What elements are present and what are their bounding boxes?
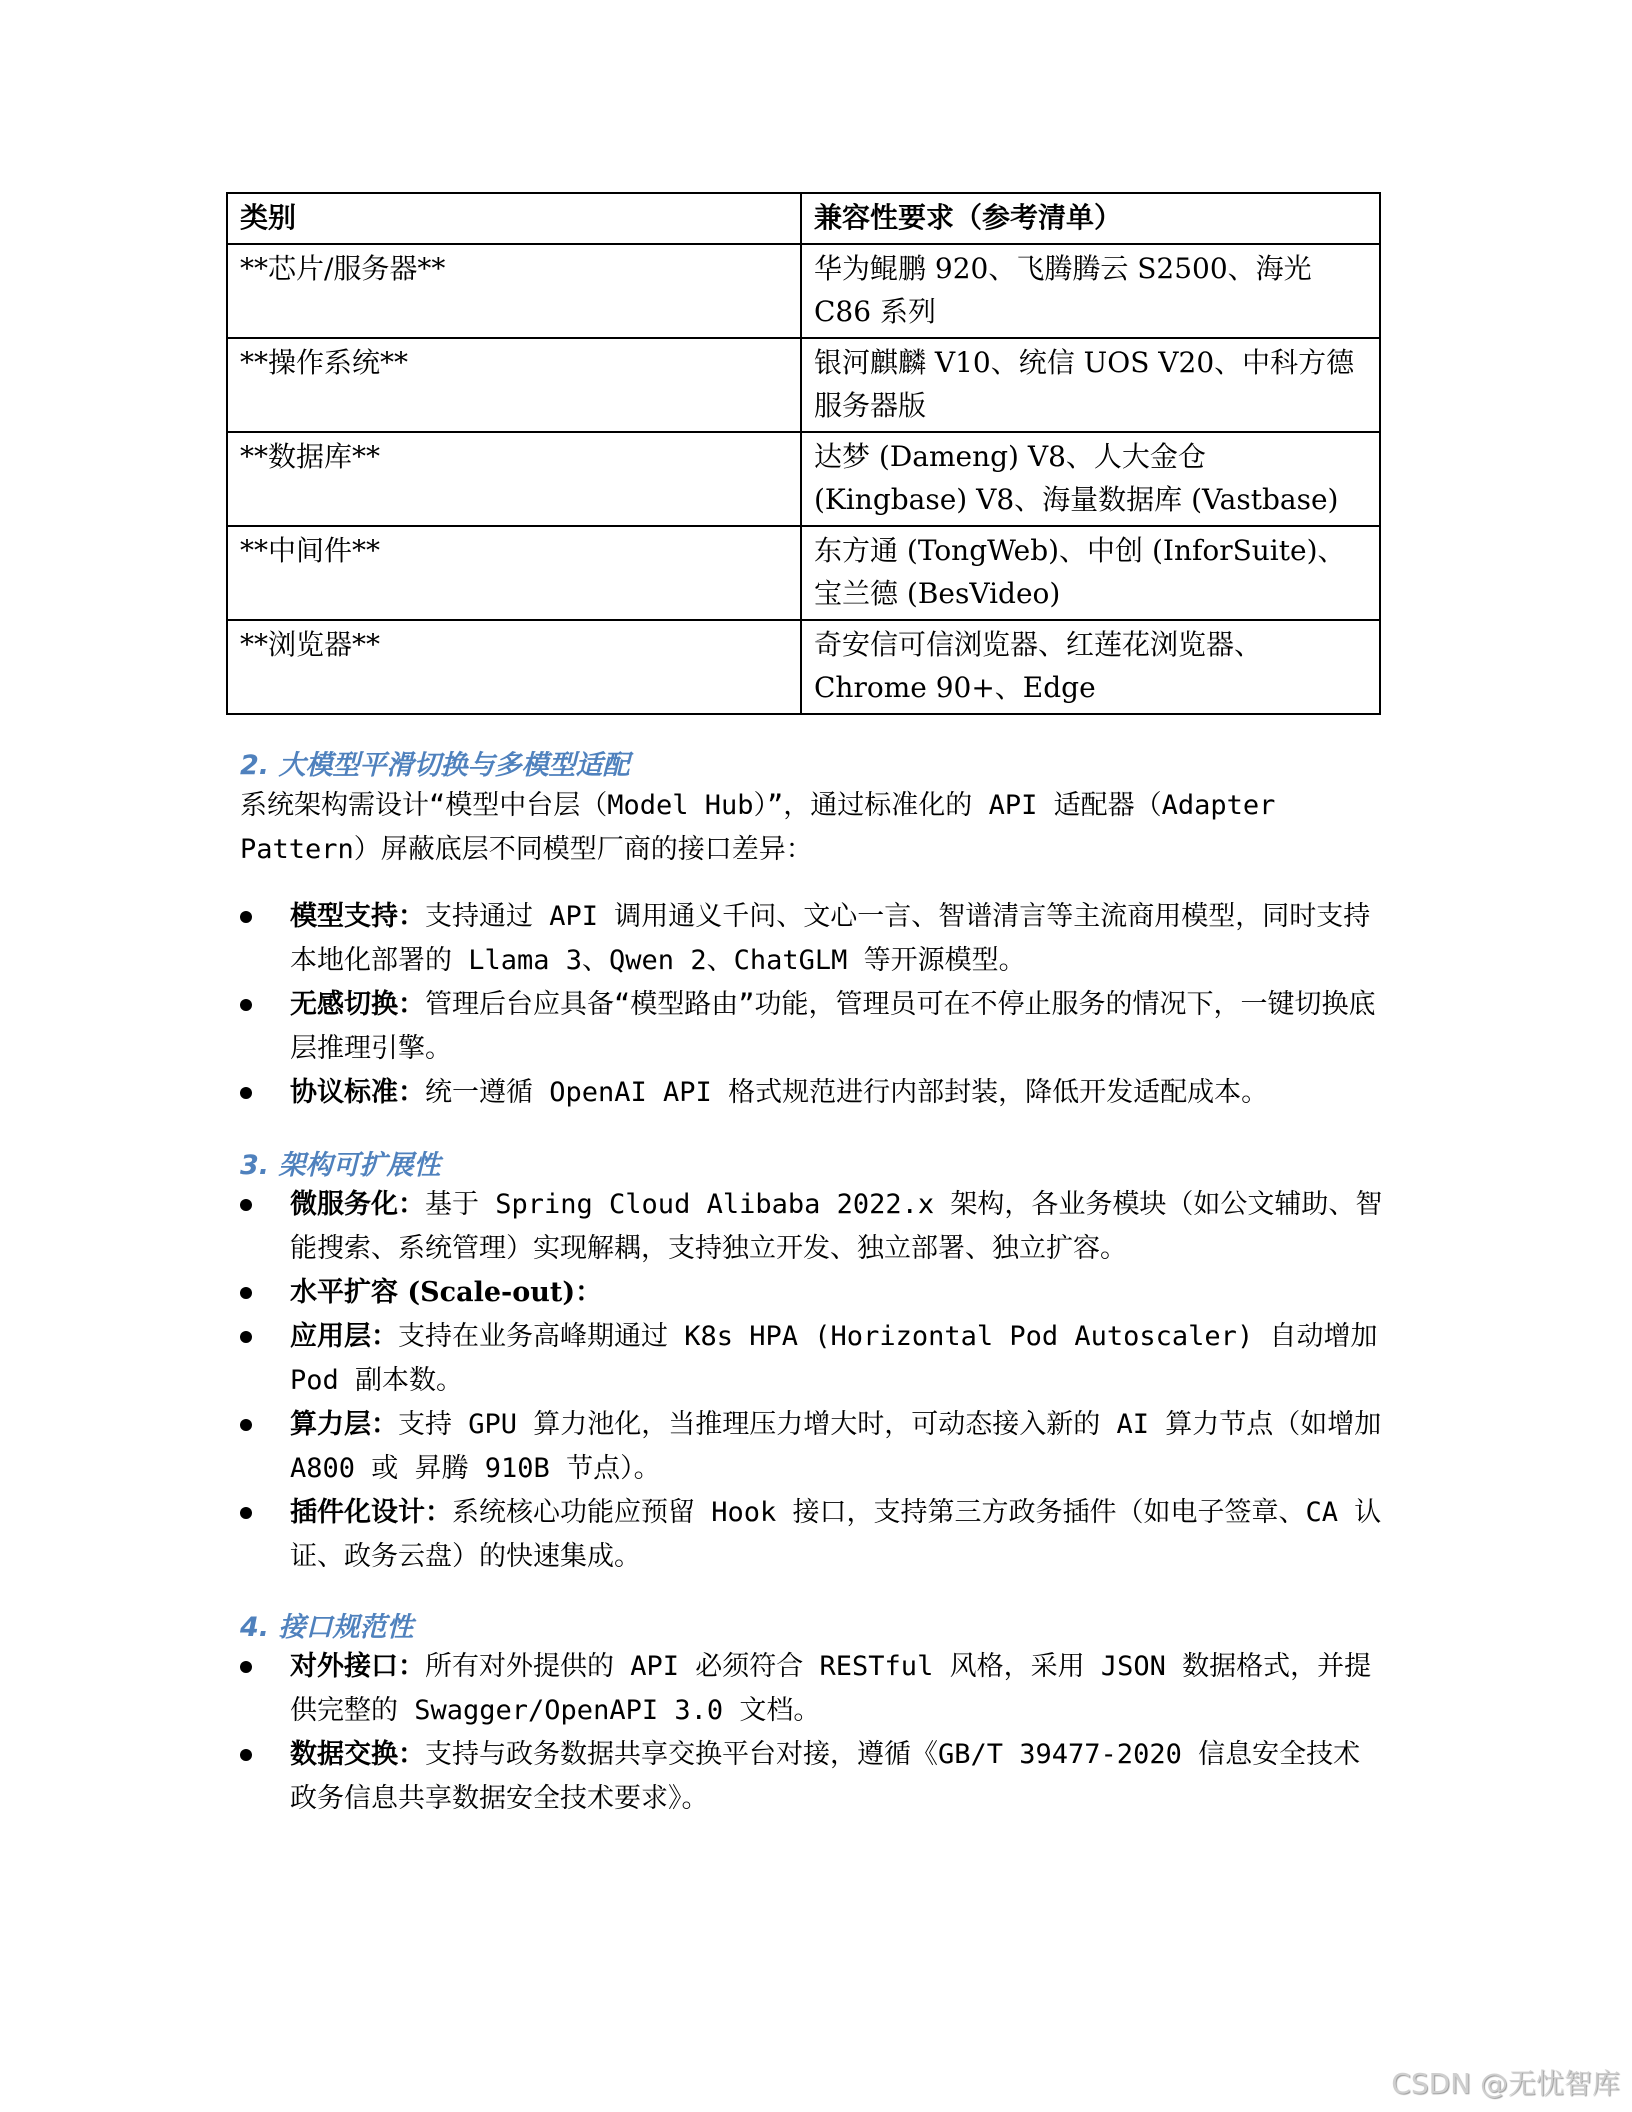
csdn-watermark: CSDN @无忧智库: [1391, 2062, 1620, 2102]
bullet-icon: [240, 1661, 252, 1673]
bullet-list-model: 模型支持：支持通过 API 调用通义千问、文心一言、智谱清言等主流商用模型，同时…: [240, 895, 1390, 1115]
bullet-list-scalability: 微服务化：基于 Spring Cloud Alibaba 2022.x 架构，各…: [240, 1183, 1390, 1579]
table-row: **操作系统** 银河麒麟 V10、统信 UOS V20、中科方德服务器版: [227, 338, 1380, 432]
section-heading-model-switching: 2. 大模型平滑切换与多模型适配: [240, 746, 629, 786]
table-row: **数据库** 达梦 (Dameng) V8、人大金仓 (Kingbase) V…: [227, 432, 1380, 526]
bullet-list-interface: 对外接口：所有对外提供的 API 必须符合 RESTful 风格，采用 JSON…: [240, 1645, 1390, 1821]
list-item: 应用层：支持在业务高峰期通过 K8s HPA (Horizontal Pod A…: [240, 1315, 1390, 1403]
cell-requirement: 华为鲲鹏 920、飞腾腾云 S2500、海光 C86 系列: [801, 244, 1380, 338]
list-item: 算力层：支持 GPU 算力池化，当推理压力增大时，可动态接入新的 AI 算力节点…: [240, 1403, 1390, 1491]
bullet-icon: [240, 1749, 252, 1761]
list-item: 微服务化：基于 Spring Cloud Alibaba 2022.x 架构，各…: [240, 1183, 1390, 1271]
list-item: 无感切换：管理后台应具备“模型路由”功能，管理员可在不停止服务的情况下，一键切换…: [240, 983, 1390, 1071]
list-item: 水平扩容 (Scale-out)：: [240, 1271, 1390, 1315]
cell-category: **操作系统**: [227, 338, 801, 432]
section-heading-interface-spec: 4. 接口规范性: [240, 1608, 413, 1648]
table-row: **芯片/服务器** 华为鲲鹏 920、飞腾腾云 S2500、海光 C86 系列: [227, 244, 1380, 338]
list-item: 协议标准：统一遵循 OpenAI API 格式规范进行内部封装，降低开发适配成本…: [240, 1071, 1390, 1115]
list-item: 模型支持：支持通过 API 调用通义千问、文心一言、智谱清言等主流商用模型，同时…: [240, 895, 1390, 983]
bullet-icon: [240, 1507, 252, 1519]
cell-category: **中间件**: [227, 526, 801, 620]
section-intro-paragraph: 系统架构需设计“模型中台层（Model Hub）”，通过标准化的 API 适配器…: [240, 784, 1380, 872]
header-category: 类别: [227, 193, 801, 244]
bullet-icon: [240, 1331, 252, 1343]
table-header-row: 类别 兼容性要求（参考清单）: [227, 193, 1380, 244]
cell-requirement: 银河麒麟 V10、统信 UOS V20、中科方德服务器版: [801, 338, 1380, 432]
section-heading-scalability: 3. 架构可扩展性: [240, 1146, 440, 1186]
cell-requirement: 奇安信可信浏览器、红莲花浏览器、Chrome 90+、Edge: [801, 620, 1380, 714]
bullet-icon: [240, 911, 252, 923]
cell-category: **数据库**: [227, 432, 801, 526]
cell-requirement: 达梦 (Dameng) V8、人大金仓 (Kingbase) V8、海量数据库 …: [801, 432, 1380, 526]
list-item: 对外接口：所有对外提供的 API 必须符合 RESTful 风格，采用 JSON…: [240, 1645, 1390, 1733]
cell-category: **浏览器**: [227, 620, 801, 714]
table-row: **中间件** 东方通 (TongWeb)、中创 (InforSuite)、宝兰…: [227, 526, 1380, 620]
bullet-icon: [240, 999, 252, 1011]
header-requirement: 兼容性要求（参考清单）: [801, 193, 1380, 244]
table-row: **浏览器** 奇安信可信浏览器、红莲花浏览器、Chrome 90+、Edge: [227, 620, 1380, 714]
bullet-icon: [240, 1199, 252, 1211]
list-item: 数据交换：支持与政务数据共享交换平台对接，遵循《GB/T 39477-2020 …: [240, 1733, 1390, 1821]
list-item: 插件化设计：系统核心功能应预留 Hook 接口，支持第三方政务插件（如电子签章、…: [240, 1491, 1390, 1579]
cell-category: **芯片/服务器**: [227, 244, 801, 338]
bullet-icon: [240, 1087, 252, 1099]
cell-requirement: 东方通 (TongWeb)、中创 (InforSuite)、宝兰德 (BesVi…: [801, 526, 1380, 620]
document-page: 类别 兼容性要求（参考清单） **芯片/服务器** 华为鲲鹏 920、飞腾腾云 …: [0, 0, 1632, 2112]
bullet-icon: [240, 1419, 252, 1431]
bullet-icon: [240, 1287, 252, 1299]
compatibility-table: 类别 兼容性要求（参考清单） **芯片/服务器** 华为鲲鹏 920、飞腾腾云 …: [226, 192, 1381, 715]
